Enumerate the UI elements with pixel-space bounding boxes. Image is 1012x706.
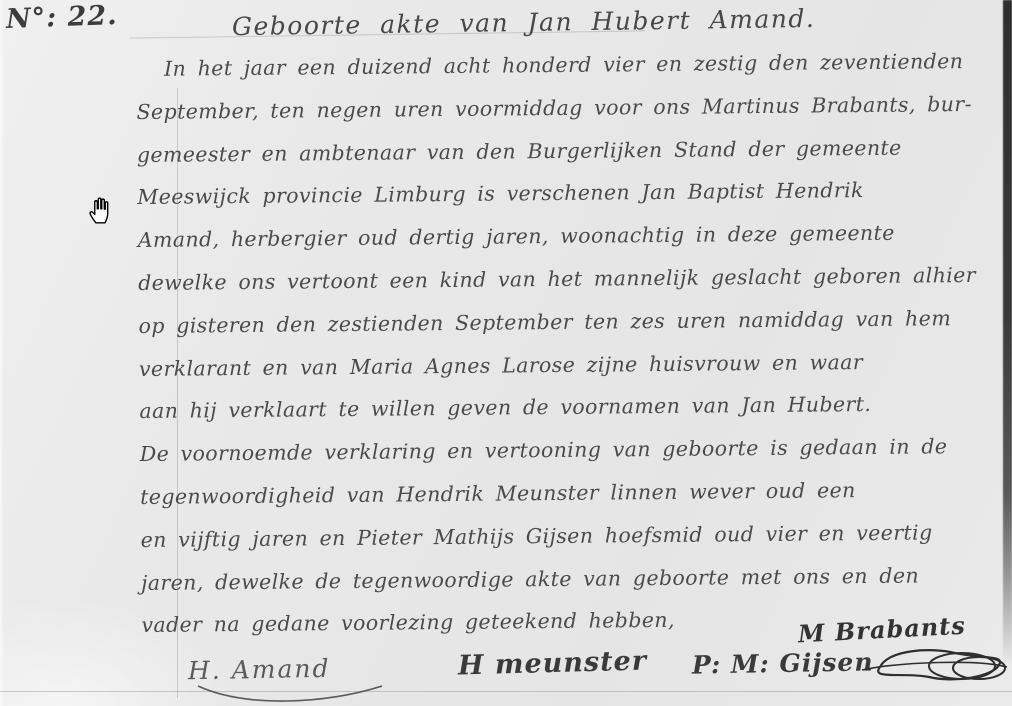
- signature-underline-icon: [196, 682, 386, 706]
- page-title: Geboorte akte van Jan Hubert Amand.: [232, 4, 816, 41]
- hand-cursor-icon: [88, 196, 112, 228]
- signature-witness2: P: M: Gijsen: [692, 647, 874, 679]
- signature-flourish-icon: [858, 644, 1010, 694]
- act-number: N°: 22.: [5, 0, 118, 35]
- document-scan[interactable]: N°: 22. Geboorte akte van Jan Hubert Ama…: [0, 0, 1012, 706]
- manuscript-body: In het jaar een duizend acht honderd vie…: [136, 49, 982, 656]
- signature-witness1: H meunster: [458, 646, 648, 682]
- signature-father: H. Amand: [188, 654, 331, 685]
- scan-right-edge-shadow: [1003, 0, 1012, 706]
